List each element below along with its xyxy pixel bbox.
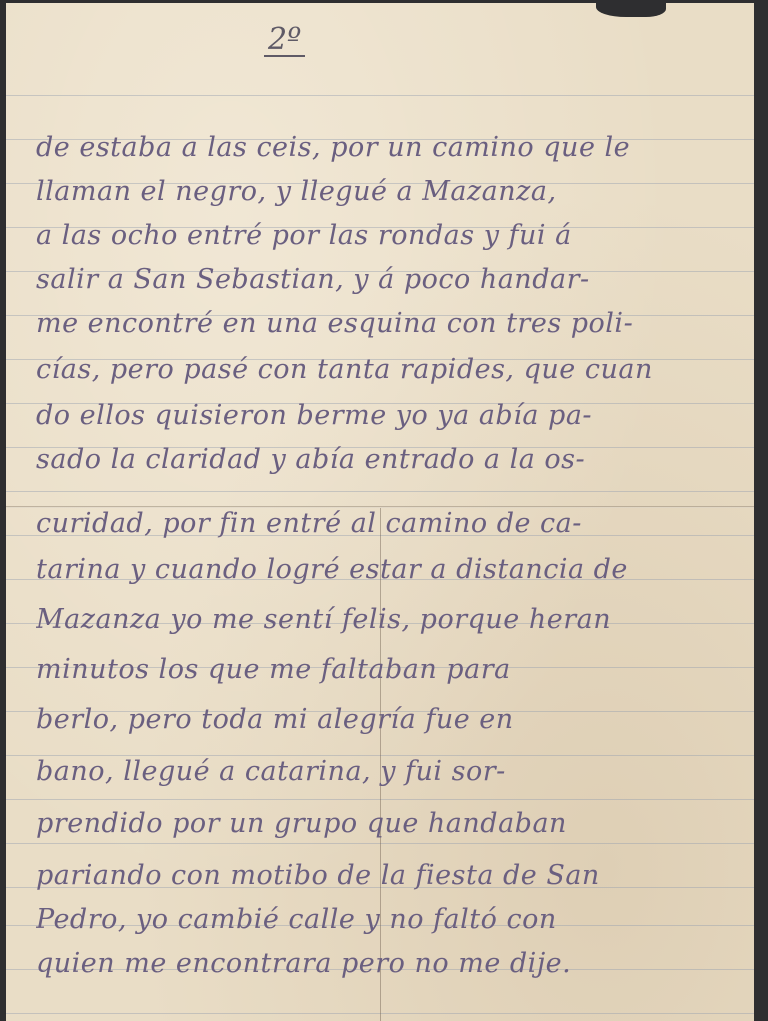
text-line: berlo, pero toda mi alegría fue en <box>36 703 738 737</box>
torn-edge <box>596 3 666 17</box>
text-line: de estaba a las ceis, por un camino que … <box>36 131 738 165</box>
text-line: tarina y cuando logré estar a distancia … <box>36 553 738 587</box>
page-number: 2º <box>264 25 305 57</box>
text-line: minutos los que me faltaban para <box>36 653 738 687</box>
text-line: me encontré en una esquina con tres poli… <box>36 307 738 341</box>
text-line: Pedro, yo cambié calle y no faltó con <box>36 903 738 937</box>
text-line: Mazanza yo me sentí felis, porque heran <box>36 603 738 637</box>
text-line: bano, llegué a catarina, y fui sor- <box>36 755 738 789</box>
letter-page: 2º de estaba a las ceis, por un camino q… <box>6 3 754 1021</box>
text-line: a las ocho entré por las rondas y fui á <box>36 219 738 253</box>
ruled-line <box>6 95 754 96</box>
ruled-line <box>6 491 754 492</box>
text-line: llaman el negro, y llegué a Mazanza, <box>36 175 738 209</box>
text-line: cías, pero pasé con tanta rapides, que c… <box>36 353 738 387</box>
text-line: do ellos quisieron berme yo ya abía pa- <box>36 399 738 433</box>
text-line: curidad, por fin entré al camino de ca- <box>36 507 738 541</box>
text-line: quien me encontrara pero no me dije. <box>36 947 738 981</box>
text-line: prendido por un grupo que handaban <box>36 807 738 841</box>
text-line: sado la claridad y abía entrado a la os- <box>36 443 738 477</box>
text-line: salir a San Sebastian, y á poco handar- <box>36 263 738 297</box>
text-line: pariando con motibo de la fiesta de San <box>36 859 738 893</box>
